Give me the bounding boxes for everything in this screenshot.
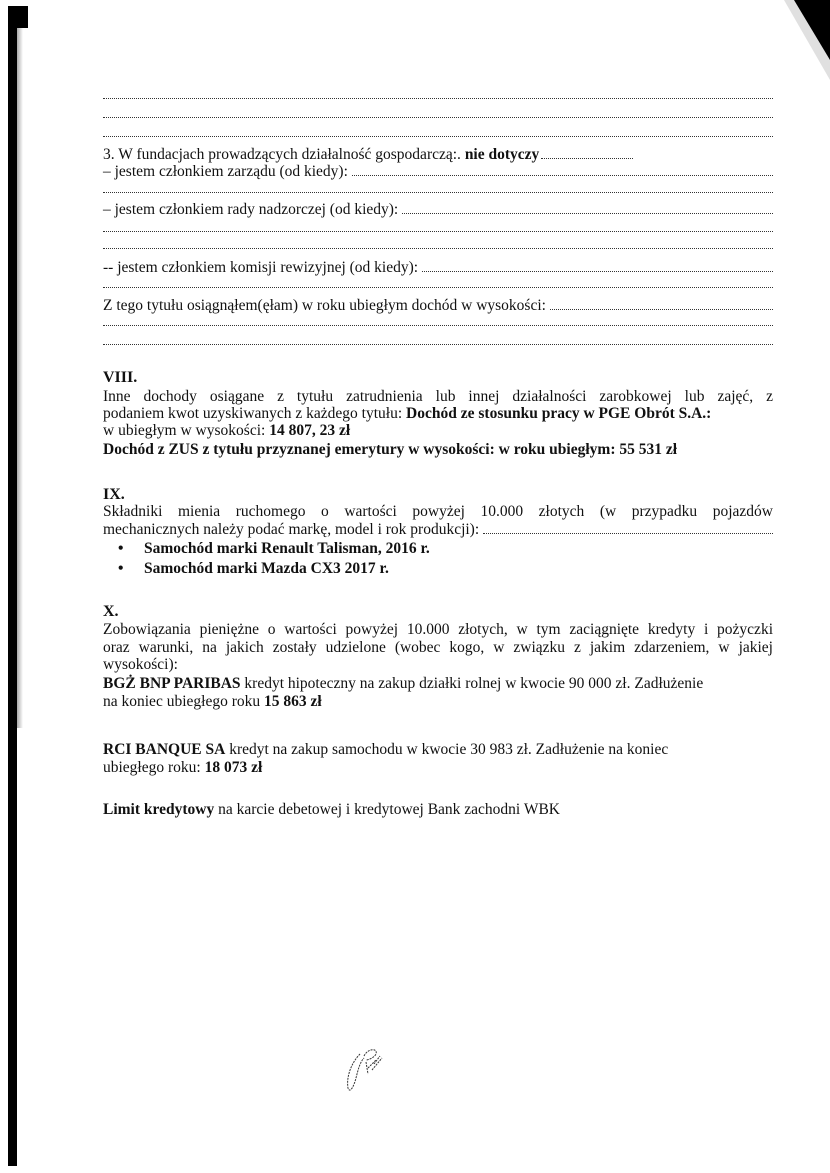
blank-dotted-line <box>103 96 773 99</box>
credit-limit-entry: Limit kredytowy na karcie debetowej i kr… <box>103 801 773 819</box>
supervisory-board-field: – jestem członkiem rady nadzorczej (od k… <box>103 201 773 219</box>
section-ix-text: Składniki mienia ruchomego o wartości po… <box>103 503 773 521</box>
signature <box>338 1040 398 1100</box>
fill-dots <box>541 146 633 159</box>
loan-entry: RCI BANQUE SA kredyt na zakup samochodu … <box>103 741 773 759</box>
section-x-text: wysokości): <box>103 656 773 674</box>
loan-entry: BGŻ BNP PARIBAS kredyt hipoteczny na zak… <box>103 675 773 693</box>
loan-entry: na koniec ubiegłego roku 15 863 zł <box>103 693 773 711</box>
blank-dotted-line <box>103 342 773 345</box>
section-viii-text: Dochód z ZUS z tytułu przyznanej emerytu… <box>103 441 773 459</box>
fill-dots <box>402 201 773 214</box>
blank-dotted-line <box>103 229 773 232</box>
blank-dotted-line <box>103 246 773 249</box>
bullet-icon: • <box>118 540 144 558</box>
blank-dotted-line <box>103 190 773 193</box>
blank-dotted-line <box>103 285 773 288</box>
income-field: Z tego tytułu osiągnąłem(ęłam) w roku ub… <box>103 297 773 315</box>
fill-dots <box>550 297 773 310</box>
audit-committee-field: -- jestem członkiem komisji rewizyjnej (… <box>103 259 773 277</box>
blank-dotted-line <box>103 115 773 118</box>
section-ix-heading: IX. <box>103 486 773 504</box>
board-member-field: – jestem członkiem zarządu (od kiedy): <box>103 163 773 181</box>
section-x-text: oraz warunki, na jakich zostały udzielon… <box>103 639 773 657</box>
section-ix-text: mechanicznych należy podać markę, model … <box>103 521 773 539</box>
scan-edge-shadow <box>17 28 23 728</box>
blank-dotted-line <box>103 134 773 137</box>
fill-dots <box>352 163 773 176</box>
scan-edge-left <box>8 6 17 1166</box>
item3-line: 3. W fundacjach prowadzących działalność… <box>103 146 633 164</box>
loan-entry: ubiegłego roku: 18 073 zł <box>103 759 773 777</box>
section-viii-text: Inne dochody osiągane z tytułu zatrudnie… <box>103 388 773 406</box>
section-x-text: Zobowiązania pieniężne o wartości powyże… <box>103 621 773 639</box>
bullet-icon: • <box>118 560 144 578</box>
section-viii-text: w ubiegłym w wysokości: 14 807, 23 zł <box>103 422 773 440</box>
list-item: •Samochód marki Mazda CX3 2017 r. <box>118 560 389 578</box>
scan-edge-notch <box>8 6 28 28</box>
fill-dots <box>483 521 773 534</box>
blank-dotted-line <box>103 323 773 326</box>
fill-dots <box>422 259 773 272</box>
section-viii-heading: VIII. <box>103 369 773 387</box>
section-x-heading: X. <box>103 603 773 621</box>
list-item: •Samochód marki Renault Talisman, 2016 r… <box>118 540 430 558</box>
item3-answer: nie dotyczy <box>465 146 539 163</box>
section-viii-text: podaniem kwot uzyskiwanych z każdego tyt… <box>103 405 773 423</box>
